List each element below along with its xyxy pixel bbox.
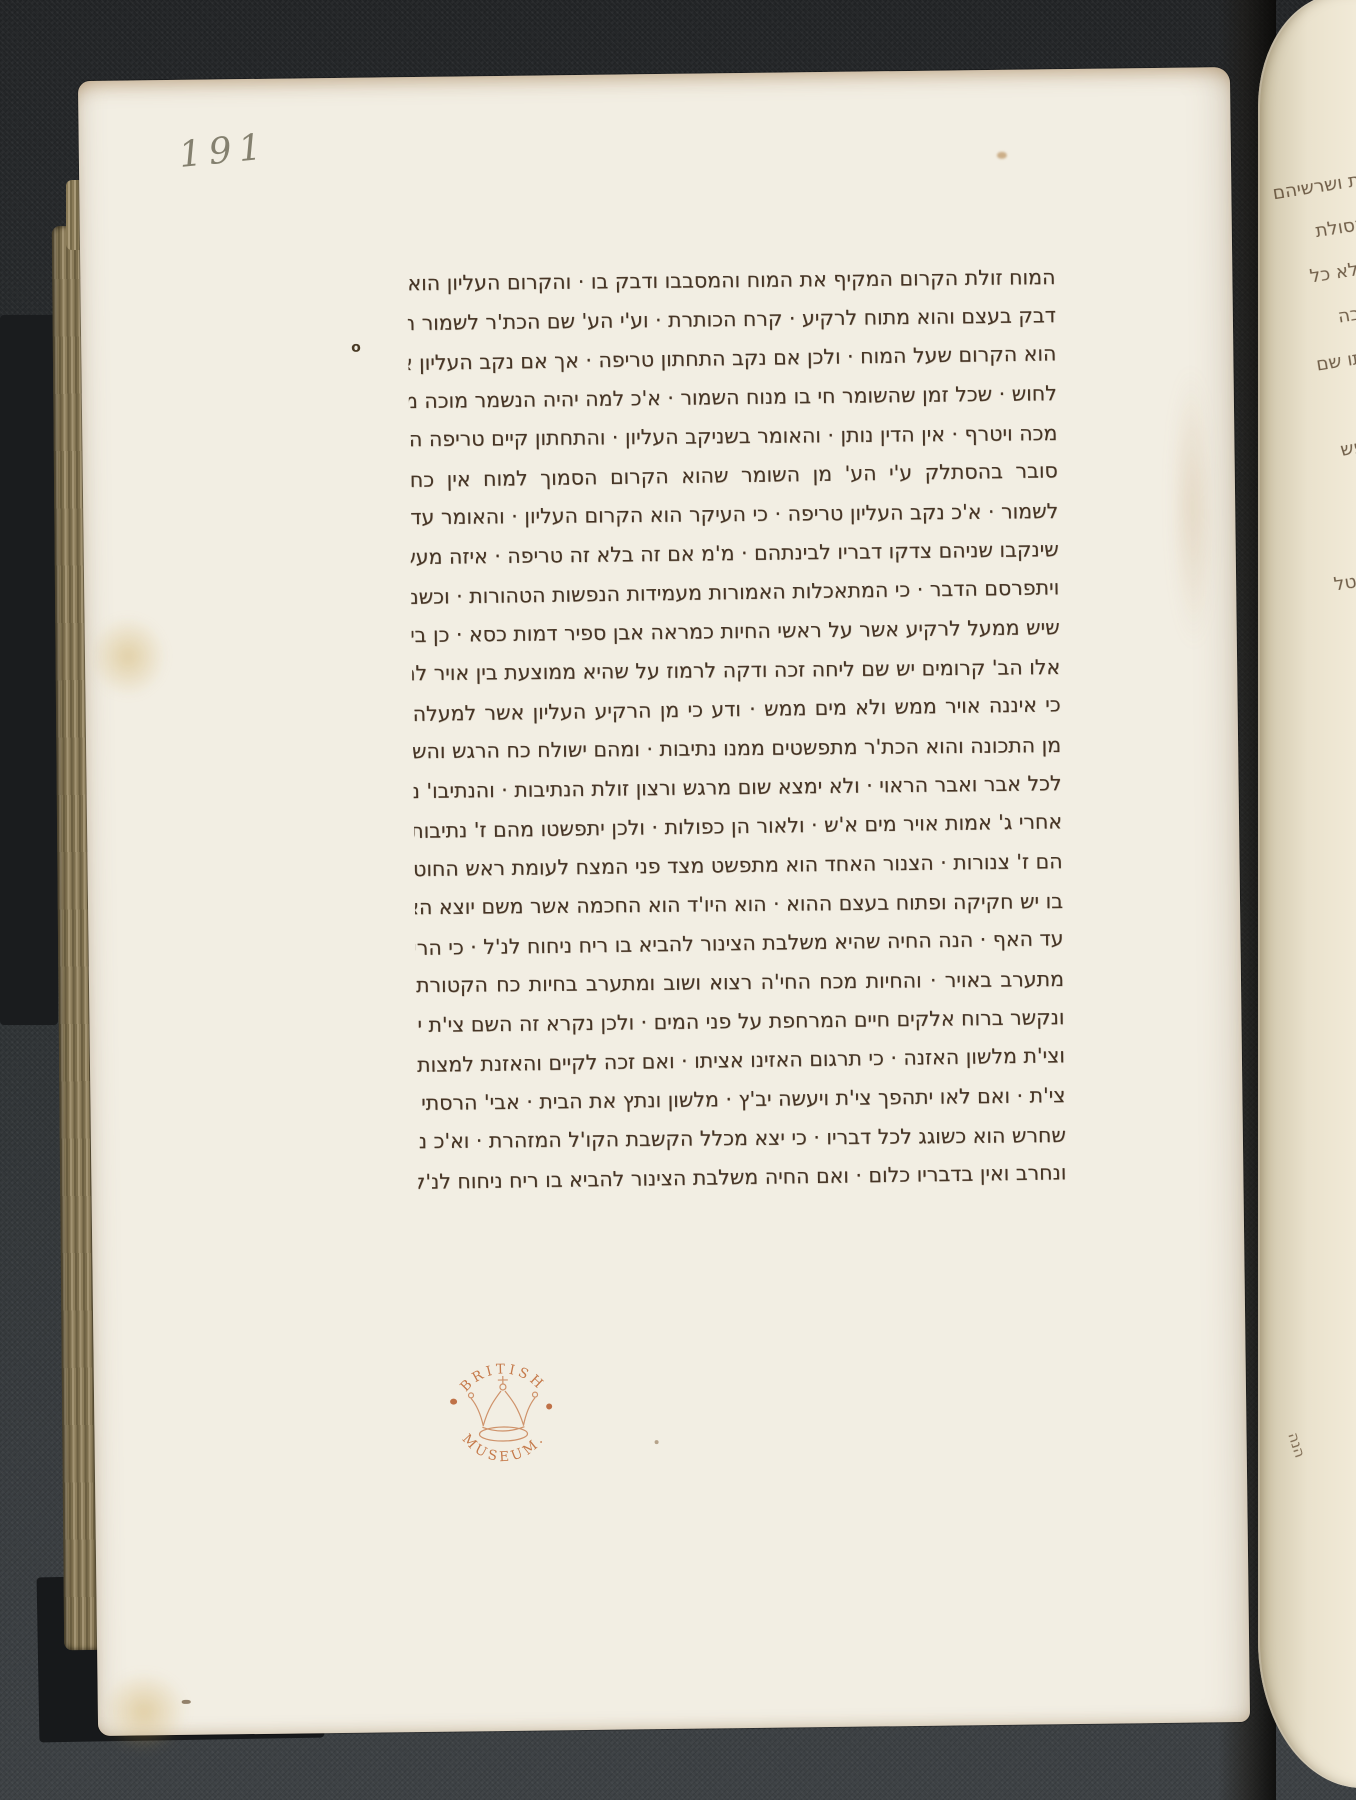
stamp-ink-dot — [450, 1399, 457, 1405]
adjacent-page: ר כל הסבות ושרשיהם וברכם על מסולת ם ומשו… — [1258, 0, 1356, 1788]
manuscript-line: המוח זולת הקרום המקיף את המוח והמסבבו וד… — [407, 258, 1055, 303]
manuscript-page: 191 o המוח זולת הקרום המקיף את המוח והמס… — [78, 67, 1250, 1736]
margin-mark: o — [351, 340, 361, 356]
crown-icon — [468, 1376, 538, 1442]
binding-cradle-edge — [0, 315, 58, 1025]
foxing-speck — [655, 1440, 659, 1444]
photo-backdrop: 191 o המוח זולת הקרום המקיף את המוח והמס… — [0, 0, 1356, 1800]
manuscript-text-block: המוח זולת הקרום המקיף את המוח והמסבבו וד… — [407, 257, 1066, 1201]
svg-text:MUSEUM.: MUSEUM. — [459, 1430, 549, 1466]
stamp-arc-bottom-text: MUSEUM. — [459, 1430, 549, 1466]
manuscript-line: מתערב באויר · והחיות מכח החי'ה רצוא ושוב… — [416, 960, 1064, 1005]
manuscript-line: ונחרב ואין בדבריו כלום · ואם החיה משלבת … — [418, 1153, 1067, 1202]
stain — [1170, 367, 1215, 647]
adjacent-page-text: ר כל הסבות ושרשיהם וברכם על מסולת ם ומשו… — [1258, 146, 1356, 1328]
stain — [88, 615, 167, 698]
manuscript-line: לשמור · א'כ נקב העליון טריפה · כי העיקר … — [410, 492, 1058, 537]
manuscript-line: מן התכונה והוא הכת'ר מתפשטים ממנו נתיבות… — [413, 726, 1061, 771]
adjacent-page-catchword: הנה — [1284, 1430, 1309, 1460]
stamp-ink-dot — [546, 1403, 552, 1409]
foxing-speck — [182, 1700, 191, 1704]
folio-number: 191 — [177, 123, 300, 176]
foxing-speck — [997, 152, 1007, 159]
